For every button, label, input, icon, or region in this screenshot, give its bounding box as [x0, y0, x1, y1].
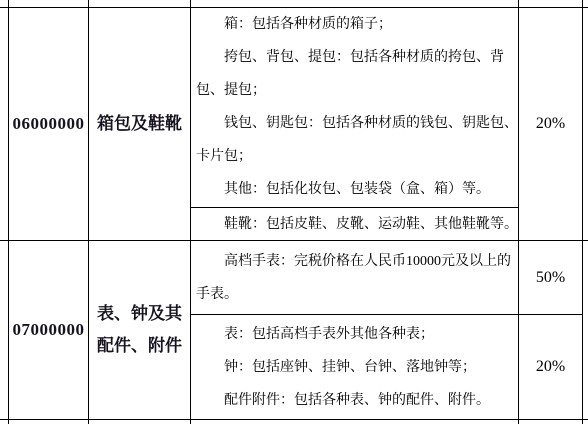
description-cell: 鞋靴：包括皮鞋、皮靴、运动鞋、其他鞋靴等。 — [191, 208, 518, 240]
description-line: 包、提包； — [196, 74, 514, 107]
description-line: 高档手表：完税价格在人民币10000元及以上的 — [196, 245, 514, 278]
description-line: 钱包、钥匙包：包括各种材质的钱包、钥匙包、 — [196, 107, 514, 140]
tax-rate-value: 20% — [536, 358, 565, 376]
tax-rate-cell: 20% — [519, 315, 582, 419]
category-cell: 箱包及鞋靴 — [89, 8, 190, 240]
tax-rate-value: 20% — [536, 115, 565, 133]
grid-line-subrow — [190, 314, 582, 315]
category-cell: 表、钟及其 配件、附件 — [89, 241, 190, 419]
grid-line-vertical — [518, 0, 519, 424]
description-line: 挎包、背包、提包：包括各种材质的挎包、背 — [196, 41, 514, 74]
description-line: 卡片包； — [196, 140, 514, 173]
description-line: 配件附件：包括各种表、钟的配件、附件。 — [196, 384, 514, 417]
grid-line-vertical — [190, 0, 191, 424]
description-line: 其他：包括化妆包、包装袋（盒、箱）等。 — [196, 173, 514, 206]
grid-line-horizontal — [0, 419, 588, 420]
description-cell: 表：包括高档手表外其他各种表； 钟：包括座钟、挂钟、台钟、落地钟等； 配件附件：… — [191, 315, 518, 419]
grid-line-horizontal — [0, 7, 588, 8]
description-line: 鞋靴：包括皮鞋、皮靴、运动鞋、其他鞋靴等。 — [196, 208, 514, 240]
tax-rate-value: 50% — [536, 269, 565, 287]
grid-line-subrow — [190, 207, 518, 208]
category-label: 箱包及鞋靴 — [97, 108, 182, 140]
category-label: 配件、附件 — [97, 330, 182, 362]
description-line: 箱：包括各种材质的箱子； — [196, 8, 514, 41]
description-cell: 高档手表：完税价格在人民币10000元及以上的 手表。 — [191, 241, 518, 314]
category-label: 表、钟及其 — [97, 298, 182, 330]
description-cell: 箱：包括各种材质的箱子； 挎包、背包、提包：包括各种材质的挎包、背 包、提包； … — [191, 8, 518, 207]
grid-line-vertical — [582, 0, 583, 424]
tax-rate-cell: 50% — [519, 241, 582, 314]
tariff-table: 06000000 箱包及鞋靴 箱：包括各种材质的箱子； 挎包、背包、提包：包括各… — [0, 0, 588, 424]
hs-code: 06000000 — [9, 8, 88, 240]
description-line: 钟：包括座钟、挂钟、台钟、落地钟等； — [196, 351, 514, 384]
hs-code: 07000000 — [9, 241, 88, 419]
description-line: 手表。 — [196, 278, 514, 311]
grid-line-horizontal — [0, 240, 588, 241]
description-line: 表：包括高档手表外其他各种表； — [196, 318, 514, 351]
tax-rate-cell: 20% — [519, 8, 582, 240]
grid-line-vertical — [88, 0, 89, 424]
grid-line-vertical — [8, 0, 9, 424]
